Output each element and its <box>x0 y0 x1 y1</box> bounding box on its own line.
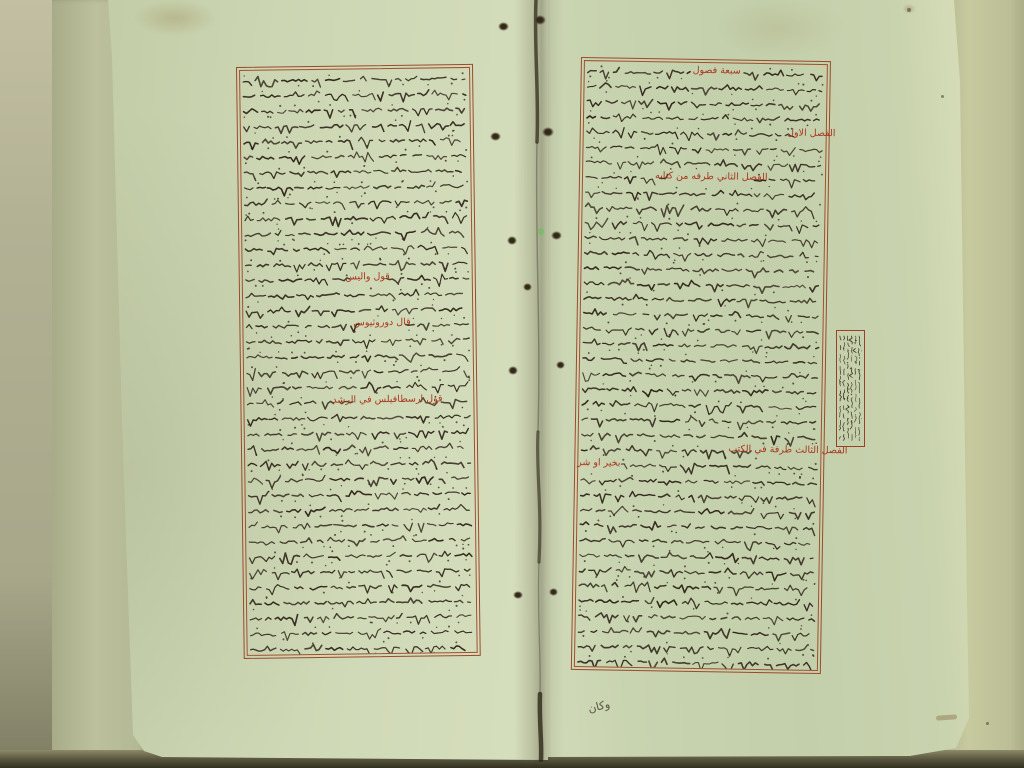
worm-hole <box>523 283 532 291</box>
worm-hole <box>534 15 546 25</box>
right-text-block: سبعة فصولالفصل الاولالفصل الثاني طرفه من… <box>574 60 828 671</box>
worm-hole <box>507 236 517 245</box>
marginal-note <box>836 330 865 447</box>
manuscript-photo: قول واليسقال دوروثيوسقول ارسطافيلس في ال… <box>0 0 1024 768</box>
book-edge-left <box>0 0 60 768</box>
dust-speck <box>907 8 911 12</box>
left-text-block: قول واليسقال دوروثيوسقول ارسطافيلس في ال… <box>239 67 478 656</box>
worm-hole <box>542 127 554 137</box>
worm-hole <box>556 361 565 369</box>
left-text-block-frame: قول واليسقال دوروثيوسقول ارسطافيلس في ال… <box>236 64 481 659</box>
left-page-handwriting <box>240 68 477 655</box>
green-speck <box>538 228 544 235</box>
right-page: سبعة فصولالفصل الاولالفصل الثاني طرفه من… <box>548 0 972 762</box>
marginal-note-handwriting <box>839 333 862 444</box>
right-page-handwriting <box>575 61 827 670</box>
left-page: قول واليسقال دوروثيوسقول ارسطافيلس في ال… <box>100 0 548 760</box>
worm-hole <box>508 366 518 375</box>
worm-hole <box>513 591 523 599</box>
gutter-crease <box>505 0 575 762</box>
worm-hole <box>498 22 509 31</box>
catchword: وكان <box>587 698 611 716</box>
dust-speck <box>986 722 989 725</box>
worm-hole <box>551 231 562 240</box>
right-text-block-frame: سبعة فصولالفصل الاولالفصل الثاني طرفه من… <box>571 57 831 674</box>
worm-hole <box>549 588 558 596</box>
dust-speck <box>941 95 944 98</box>
worm-hole <box>490 132 501 141</box>
